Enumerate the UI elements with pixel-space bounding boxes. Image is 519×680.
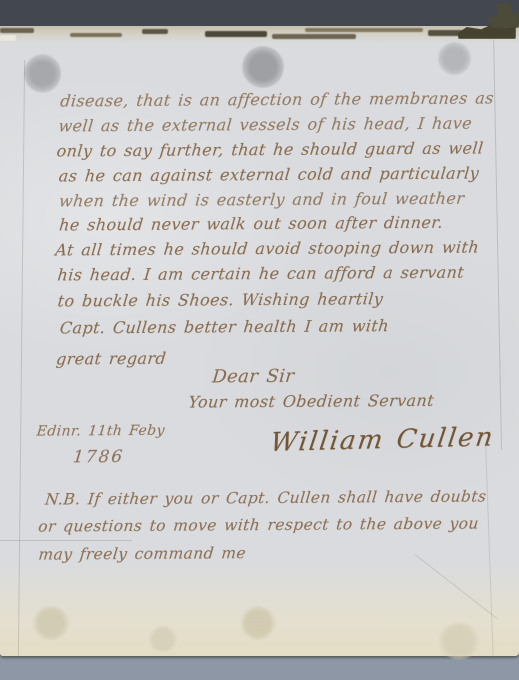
dateline-year: 1786	[72, 447, 125, 467]
postscript-line: may freely command me	[38, 544, 247, 563]
letter-line: his head. I am certain he can afford a s…	[57, 263, 465, 285]
letter-line: to buckle his Shoes. Wishing heartily	[57, 289, 384, 310]
letter-line: as he can against external cold and part…	[58, 163, 480, 185]
postscript-line: N.B. If either you or Capt. Cullen shall…	[44, 487, 487, 508]
letter-line: great regard	[55, 349, 167, 369]
letter-line: Capt. Cullens better health I am with	[59, 316, 390, 337]
letter-line: well as the external vessels of his head…	[58, 114, 473, 136]
letter-line: At all times he should avoid stooping do…	[54, 237, 480, 259]
letter-line: he should never walk out soon after dinn…	[58, 213, 444, 235]
valediction: Your most Obedient Servant	[187, 391, 435, 412]
letter-line: only to say further, that he should guar…	[56, 138, 485, 160]
scanned-letter: disease, that is an affection of the mem…	[0, 0, 519, 680]
letter-line: when the wind is easterly and in foul we…	[58, 189, 465, 211]
letter-line: disease, that is an affection of the mem…	[59, 88, 494, 110]
postscript-line: or questions to move with respect to the…	[37, 514, 479, 535]
signature: William Cullen	[268, 422, 496, 457]
dateline-place: Edinr. 11th Feby	[36, 423, 166, 440]
handwritten-text: disease, that is an affection of the mem…	[0, 0, 519, 680]
salutation: Dear Sir	[211, 366, 295, 388]
